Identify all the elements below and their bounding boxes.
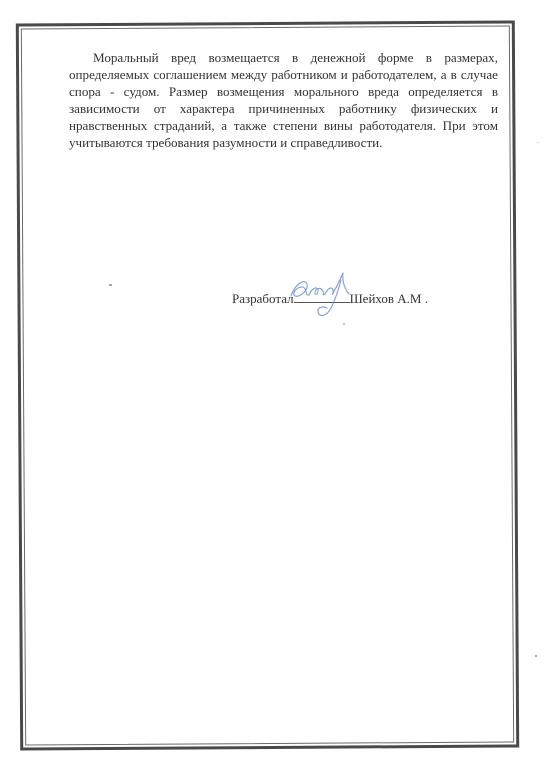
scan-speck [109,284,112,286]
handwritten-signature-icon [285,270,355,322]
scan-speck [343,323,345,325]
moral-damage-paragraph: Моральный вред возмещается в денежной фо… [69,49,498,151]
scan-speck [535,655,537,657]
scan-speck [537,142,539,143]
signer-name: Шейхов А.М . [350,291,428,307]
